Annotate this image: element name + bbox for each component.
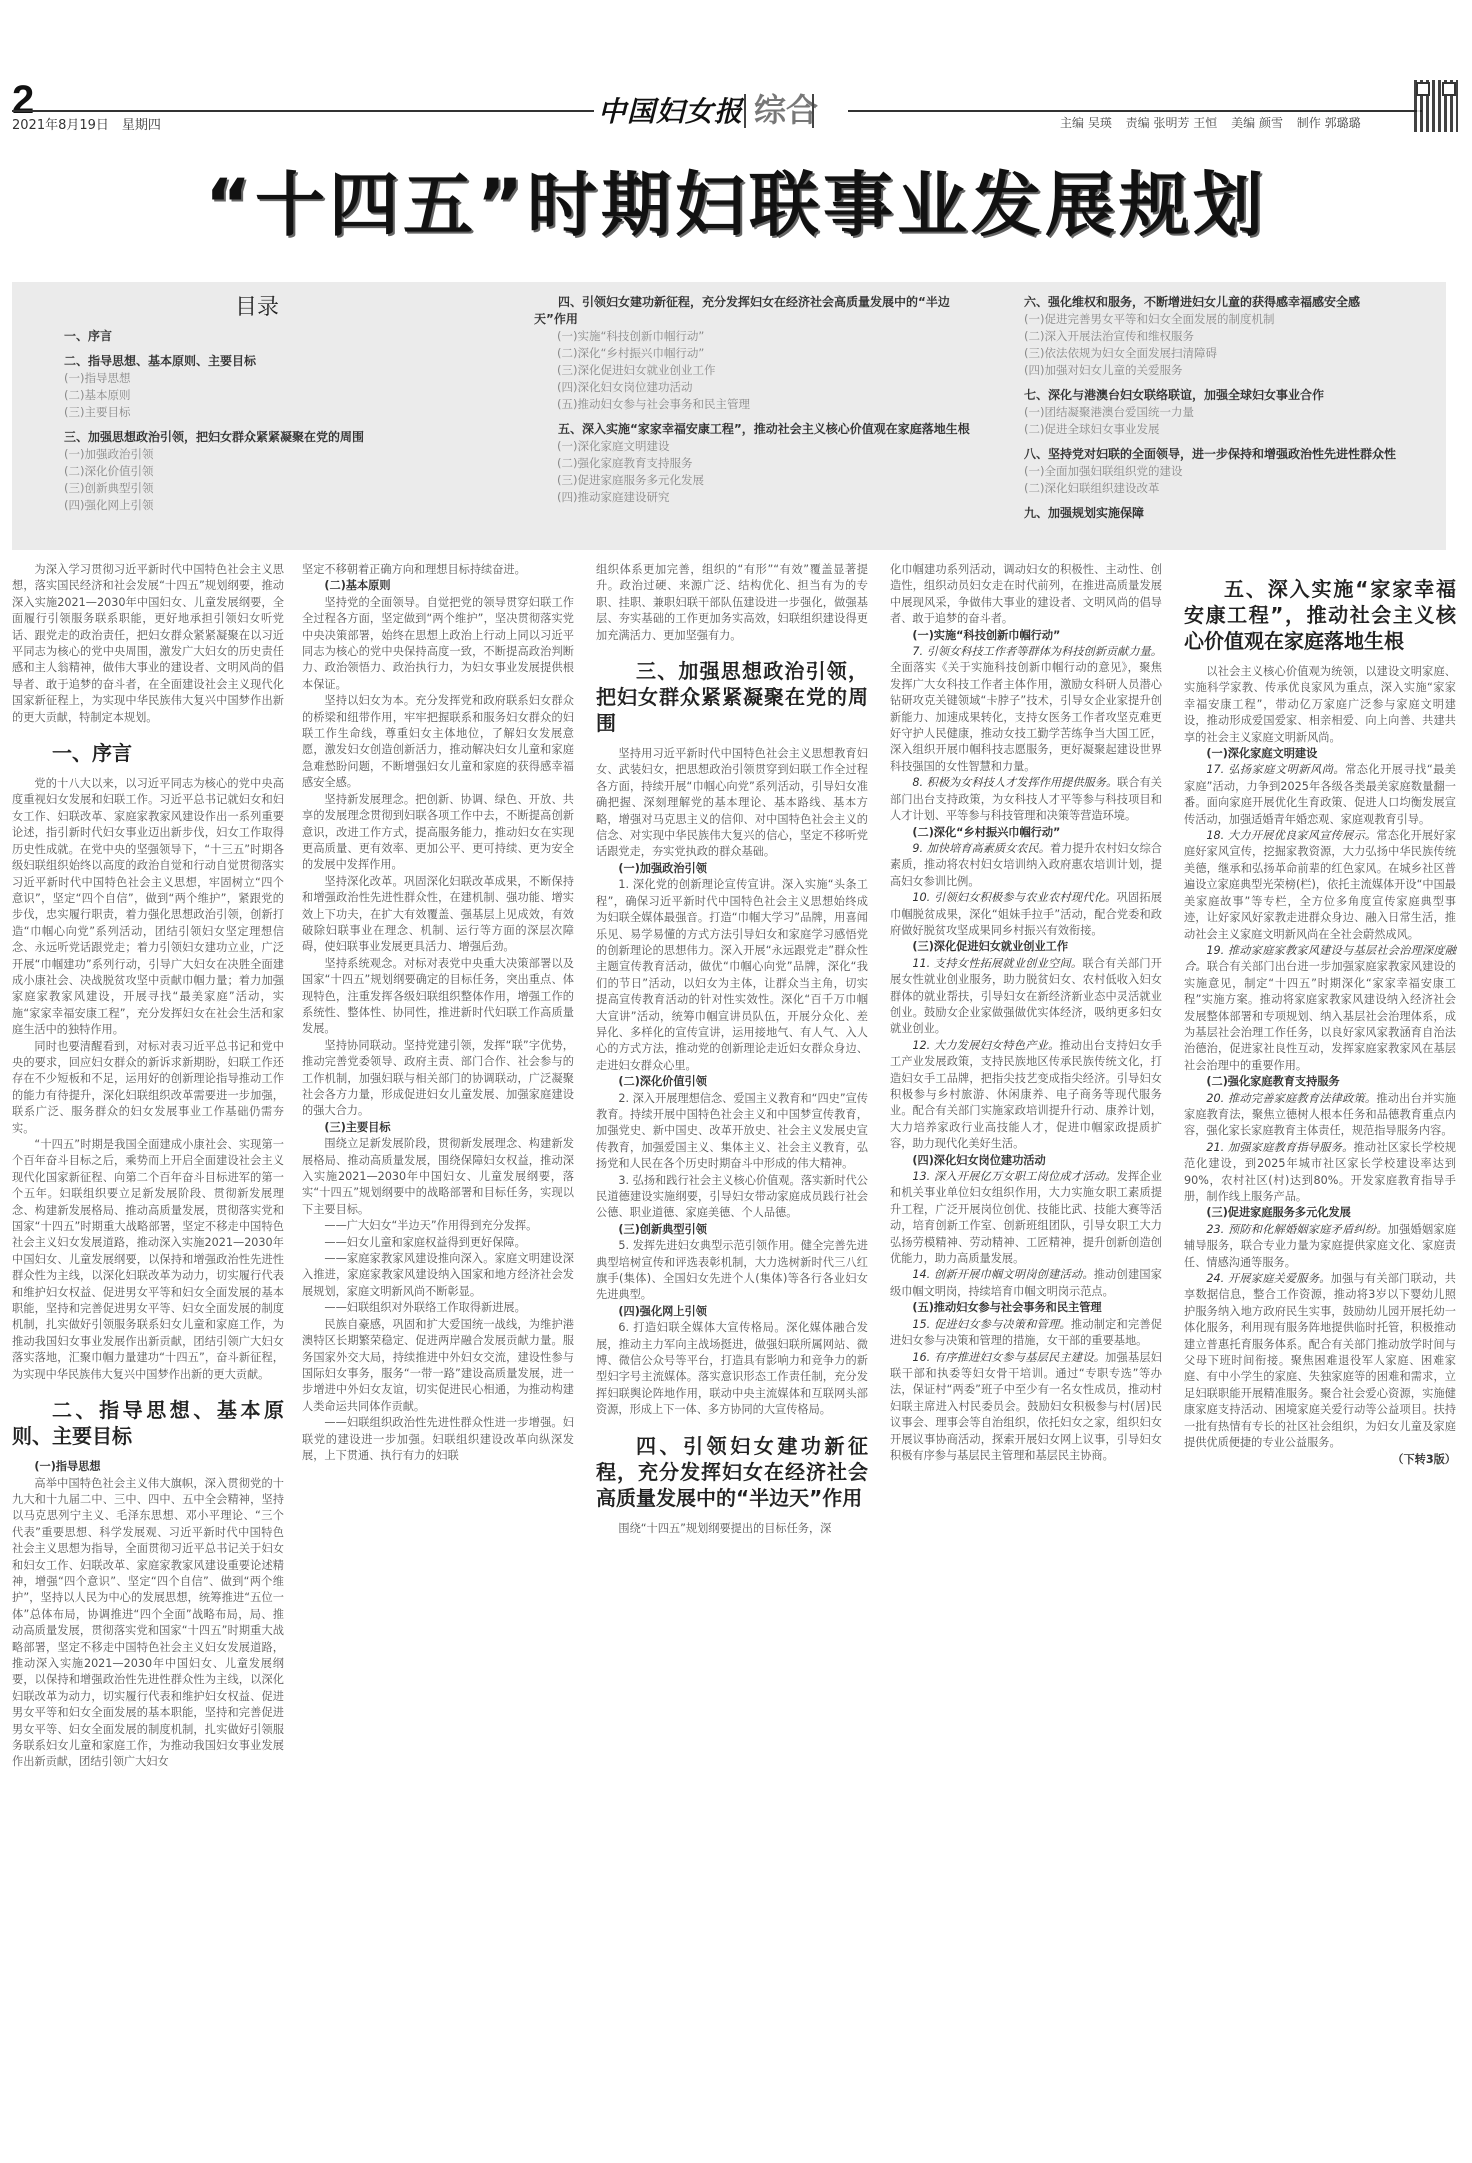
paragraph-lead: 17. 弘扬家庭文明新风尚。 xyxy=(1206,763,1345,776)
toc-column-1: 一、序言二、指导思想、基本原则、主要目标(一)指导思想(二)基本原则(三)主要目… xyxy=(64,328,464,514)
paragraph-lead: 7. 引领女科技工作者等群体为科技创新贡献力量。 xyxy=(912,645,1162,658)
article-column-1: 为深入学习贯彻习近平新时代中国特色社会主义思想，落实国民经济和社会发展“十四五”… xyxy=(12,562,284,1771)
body-paragraph: 坚持以妇女为本。充分发挥党和政府联系妇女群众的桥梁和纽带作用，牢牢把握联系和服务… xyxy=(302,693,574,791)
toc-item: (四)强化网上引领 xyxy=(64,497,464,514)
body-paragraph: 以社会主义核心价值观为统领，以建设文明家庭、实施科学家教、传承优良家风为重点，深… xyxy=(1184,664,1456,746)
toc-item: (二)深化妇联组织建设改革 xyxy=(1024,480,1424,497)
numbered-paragraph: 11. 支持女性拓展就业创业空间。联合有关部门开展女性就业创业服务，助力脱贫妇女… xyxy=(890,956,1162,1038)
toc-item: (三)促进家庭服务多元化发展 xyxy=(534,472,974,489)
numbered-paragraph: 24. 开展家庭关爱服务。加强与有关部门联动，共享数据信息，整合工作资源，推动将… xyxy=(1184,1271,1456,1451)
credit-editor: 责编 张明芳 王恒 xyxy=(1126,116,1218,130)
toc-item: (二)深化价值引领 xyxy=(64,463,464,480)
toc-item: (一)加强政治引领 xyxy=(64,446,464,463)
numbered-paragraph: 17. 弘扬家庭文明新风尚。常态化开展寻找“最美家庭”活动，力争到2025年各级… xyxy=(1184,762,1456,828)
toc-item: (三)深化促进妇女就业创业工作 xyxy=(534,362,974,379)
subsection-heading: (一)深化家庭文明建设 xyxy=(1184,746,1456,762)
paragraph-lead: 8. 积极为女科技人才发挥作用提供服务。 xyxy=(912,776,1117,789)
article-column-3: 组织体系更加完善，组织的“有形”“有效”覆盖显著提升。政治过硬、来源广泛、结构优… xyxy=(596,562,868,1537)
body-paragraph: 6. 打造妇联全媒体大宣传格局。深化媒体融合发展，推动主力军向主战场挺进，做强妇… xyxy=(596,1320,868,1418)
paragraph-lead: 21. 加强家庭教育指导服务。 xyxy=(1206,1141,1353,1154)
numbered-paragraph: 19. 推动家庭家教家风建设与基层社会治理深度融合。联合有关部门出台进一步加强家… xyxy=(1184,943,1456,1074)
credit-art-editor: 美编 颜雪 xyxy=(1231,116,1283,130)
toc-heading: 五、深入实施“家家幸福安康工程”，推动社会主义核心价值观在家庭落地生根 xyxy=(534,421,974,438)
section-heading: 一、序言 xyxy=(12,740,284,766)
numbered-paragraph: 13. 深入开展亿万女职工岗位成才活动。发挥企业和机关事业单位妇女组织作用，大力… xyxy=(890,1169,1162,1267)
subsection-heading: (一)指导思想 xyxy=(12,1459,284,1475)
masthead-rule-right xyxy=(848,110,1422,112)
body-paragraph: 高举中国特色社会主义伟大旗帜，深入贯彻党的十九大和十九届二中、三中、四中、五中全… xyxy=(12,1476,284,1771)
toc-item: (二)促进全球妇女事业发展 xyxy=(1024,421,1424,438)
paragraph-lead: 10. 引领妇女积极参与农业农村现代化。 xyxy=(912,891,1116,904)
credit-producer: 制作 郭璐璐 xyxy=(1297,116,1361,130)
masthead-rule-left xyxy=(12,110,594,112)
subsection-heading: (一)实施“科技创新巾帼行动” xyxy=(890,628,1162,644)
toc-item: (一)团结凝聚港澳台爱国统一力量 xyxy=(1024,404,1424,421)
body-paragraph: 2. 深入开展理想信念、爱国主义教育和“四史”宣传教育。持续开展中国特色社会主义… xyxy=(596,1091,868,1173)
toc-item: (一)深化家庭文明建设 xyxy=(534,438,974,455)
body-paragraph: 坚持协同联动。坚持党建引领，发挥“联”字优势，推动完善党委领导、政府主责、部门合… xyxy=(302,1038,574,1120)
credit-chief-editor: 主编 吴瑛 xyxy=(1060,116,1112,130)
paragraph-lead: 12. 大力发展妇女特色产业。 xyxy=(912,1039,1059,1052)
numbered-paragraph: 16. 有序推进妇女参与基层民主建设。加强基层妇联干部和执委等妇女骨干培训。通过… xyxy=(890,1350,1162,1465)
body-paragraph: ——广大妇女“半边天”作用得到充分发挥。 xyxy=(302,1218,574,1234)
article-column-5: 五、深入实施“家家幸福安康工程”，推动社会主义核心价值观在家庭落地生根以社会主义… xyxy=(1184,562,1456,1468)
section-label: 综合 xyxy=(754,92,818,128)
subsection-heading: (三)深化促进妇女就业创业工作 xyxy=(890,939,1162,955)
qr-code-icon xyxy=(1414,80,1458,132)
body-paragraph: 5. 发挥先进妇女典型示范引领作用。健全完善先进典型培树宣传和评选表彰机制，大力… xyxy=(596,1238,868,1304)
paragraph-lead: 23. 预防和化解婚姻家庭矛盾纠纷。 xyxy=(1206,1223,1387,1236)
paragraph-lead: 14. 创新开展巾帼文明岗创建活动。 xyxy=(912,1268,1093,1281)
section-heading: 五、深入实施“家家幸福安康工程”，推动社会主义核心价值观在家庭落地生根 xyxy=(1184,576,1456,654)
toc-item: (二)基本原则 xyxy=(64,387,464,404)
toc-heading: 二、指导思想、基本原则、主要目标 xyxy=(64,353,464,370)
toc-heading: 八、坚持党对妇联的全面领导，进一步保持和增强政治性先进性群众性 xyxy=(1024,446,1424,463)
body-paragraph: 1. 深化党的创新理论宣传宣讲。深入实施“头条工程”，确保习近平新时代中国特色社… xyxy=(596,877,868,1074)
toc-item: (二)深化“乡村振兴巾帼行动” xyxy=(534,345,974,362)
numbered-paragraph: 9. 加快培育高素质女农民。着力提升农村妇女综合素质，推动将农村妇女培训纳入政府… xyxy=(890,841,1162,890)
body-paragraph: 党的十八大以来，以习近平同志为核心的党中央高度重视妇女发展和妇联工作。习近平总书… xyxy=(12,776,284,1039)
paragraph-lead: 11. 支持女性拓展就业创业空间。 xyxy=(912,957,1082,970)
subsection-heading: (四)强化网上引领 xyxy=(596,1304,868,1320)
section-heading: 二、指导思想、基本原则、主要目标 xyxy=(12,1397,284,1449)
newspaper-logo: 中国妇女报 xyxy=(598,90,743,130)
masthead: 2 2021年8月19日 星期四 中国妇女报 综合 主编 吴瑛 责编 张明芳 王… xyxy=(0,0,1472,140)
subsection-heading: (二)强化家庭教育支持服务 xyxy=(1184,1074,1456,1090)
numbered-paragraph: 14. 创新开展巾帼文明岗创建活动。推动创建国家级巾帼文明岗，持续培育巾帼文明岗… xyxy=(890,1267,1162,1300)
paragraph-lead: 24. 开展家庭关爱服务。 xyxy=(1206,1272,1330,1285)
toc-heading: 三、加强思想政治引领，把妇女群众紧紧凝聚在党的周围 xyxy=(64,429,464,446)
toc-item: (五)推动妇女参与社会事务和民主管理 xyxy=(534,396,974,413)
toc-heading: 一、序言 xyxy=(64,328,464,345)
toc-item: (二)深入开展法治宣传和维权服务 xyxy=(1024,328,1424,345)
table-of-contents: 目录 一、序言二、指导思想、基本原则、主要目标(一)指导思想(二)基本原则(三)… xyxy=(12,282,1446,550)
subsection-heading: (五)推动妇女参与社会事务和民主管理 xyxy=(890,1300,1162,1316)
section-heading: 三、加强思想政治引领，把妇女群众紧紧凝聚在党的周围 xyxy=(596,658,868,736)
toc-item: (一)指导思想 xyxy=(64,370,464,387)
body-paragraph: 围绕“十四五”规划纲要提出的目标任务，深 xyxy=(596,1521,868,1537)
subsection-heading: (三)创新典型引领 xyxy=(596,1222,868,1238)
toc-item: (三)创新典型引领 xyxy=(64,480,464,497)
toc-item: (一)全面加强妇联组织党的建设 xyxy=(1024,463,1424,480)
toc-column-3: 六、强化维权和服务，不断增进妇女儿童的获得感幸福感安全感(一)促进完善男女平等和… xyxy=(1024,294,1424,522)
continued-note: （下转3版） xyxy=(1184,1452,1456,1468)
subsection-heading: (一)加强政治引领 xyxy=(596,861,868,877)
toc-item: (三)依法依规为妇女全面发展扫清障碍 xyxy=(1024,345,1424,362)
toc-heading: 六、强化维权和服务，不断增进妇女儿童的获得感幸福感安全感 xyxy=(1024,294,1424,311)
toc-item: (三)主要目标 xyxy=(64,404,464,421)
numbered-paragraph: 21. 加强家庭教育指导服务。推动社区家长学校规范化建设，到2025年城市社区家… xyxy=(1184,1140,1456,1206)
page-headline: “十四五”时期妇联事业发展规划 xyxy=(0,150,1472,260)
body-paragraph: 民族自豪感，巩固和扩大爱国统一战线，为维护港澳特区长期繁荣稳定、促进两岸融合发展… xyxy=(302,1317,574,1415)
section-heading: 四、引领妇女建功新征程，充分发挥妇女在经济社会高质量发展中的“半边天”作用 xyxy=(596,1433,868,1511)
body-paragraph: 坚定不移朝着正确方向和理想目标持续奋进。 xyxy=(302,562,574,578)
editor-credits: 主编 吴瑛 责编 张明芳 王恒 美编 颜雪 制作 郭璐璐 xyxy=(1060,114,1371,131)
numbered-paragraph: 10. 引领妇女积极参与农业农村现代化。巩固拓展巾帼脱贫成果，深化“姐妹手拉手”… xyxy=(890,890,1162,939)
toc-heading: 四、引领妇女建功新征程，充分发挥妇女在经济社会高质量发展中的“半边天”作用 xyxy=(534,294,974,328)
body-paragraph: 坚持深化改革。巩固深化妇联改革成果，不断保持和增强政治性先进性群众性，在建机制、… xyxy=(302,874,574,956)
toc-item: (四)加强对妇女儿童的关爱服务 xyxy=(1024,362,1424,379)
body-paragraph: 坚持党的全面领导。自觉把党的领导贯穿妇联工作全过程各方面，坚定做到“两个维护”，… xyxy=(302,595,574,693)
body-paragraph: “十四五”时期是我国全面建成小康社会、实现第一个百年奋斗目标之后，乘势而上开启全… xyxy=(12,1137,284,1383)
paragraph-lead: 13. 深入开展亿万女职工岗位成才活动。 xyxy=(912,1170,1116,1183)
paragraph-lead: 20. 推动完善家庭教育法律政策。 xyxy=(1206,1092,1376,1105)
body-paragraph: ——妇联组织政治性先进性群众性进一步增强。妇联党的建设进一步加强。妇联组织建设改… xyxy=(302,1415,574,1464)
subsection-heading: (四)深化妇女岗位建功活动 xyxy=(890,1153,1162,1169)
paragraph-lead: 16. 有序推进妇女参与基层民主建设。 xyxy=(912,1351,1105,1364)
body-paragraph: 坚持用习近平新时代中国特色社会主义思想教育妇女、武装妇女，把思想政治引领贯穿到妇… xyxy=(596,746,868,861)
body-paragraph: 组织体系更加完善，组织的“有形”“有效”覆盖显著提升。政治过硬、来源广泛、结构优… xyxy=(596,562,868,644)
paragraph-lead: 18. 大力开展优良家风宣传展示。 xyxy=(1206,829,1376,842)
toc-column-2: 四、引领妇女建功新征程，充分发挥妇女在经济社会高质量发展中的“半边天”作用 (一… xyxy=(534,294,974,506)
article-column-2: 坚定不移朝着正确方向和理想目标持续奋进。(二)基本原则坚持党的全面领导。自觉把党… xyxy=(302,562,574,1464)
body-paragraph: ——家庭家教家风建设推向深入。家庭文明建设深入推进，家庭家教家风建设纳入国家和地… xyxy=(302,1251,574,1300)
toc-heading: 九、加强规划实施保障 xyxy=(1024,505,1424,522)
numbered-paragraph: 7. 引领女科技工作者等群体为科技创新贡献力量。全面落实《关于实施科技创新巾帼行… xyxy=(890,644,1162,775)
subsection-heading: (二)深化价值引领 xyxy=(596,1074,868,1090)
subsection-heading: (二)基本原则 xyxy=(302,578,574,594)
body-paragraph: ——妇女儿童和家庭权益得到更好保障。 xyxy=(302,1235,574,1251)
toc-item: (四)深化妇女岗位建功活动 xyxy=(534,379,974,396)
paragraph-lead: 15. 促进妇女参与决策和管理。 xyxy=(912,1318,1071,1331)
body-paragraph: 围绕立足新发展阶段，贯彻新发展理念、构建新发展格局、推动高质量发展，围绕保障妇女… xyxy=(302,1136,574,1218)
paragraph-lead: 9. 加快培育高素质女农民。 xyxy=(912,842,1050,855)
toc-item: (一)促进完善男女平等和妇女全面发展的制度机制 xyxy=(1024,311,1424,328)
toc-item: (四)推动家庭建设研究 xyxy=(534,489,974,506)
subsection-heading: (三)主要目标 xyxy=(302,1120,574,1136)
toc-item: (一)实施“科技创新巾帼行动” xyxy=(534,328,974,345)
body-paragraph: ——妇联组织对外联络工作取得新进展。 xyxy=(302,1300,574,1316)
body-paragraph: 坚持系统观念。对标对表党中央重大决策部署以及国家“十四五”规划纲要确定的目标任务… xyxy=(302,956,574,1038)
subsection-heading: (三)促进家庭服务多元化发展 xyxy=(1184,1205,1456,1221)
numbered-paragraph: 8. 积极为女科技人才发挥作用提供服务。联合有关部门出台支持政策，为女科技人才平… xyxy=(890,775,1162,824)
body-paragraph: 同时也要清醒看到，对标对表习近平总书记和党中央的要求，回应妇女群众的新诉求新期盼… xyxy=(12,1039,284,1137)
article-column-4: 化巾帼建功系列活动，调动妇女的积极性、主动性、创造性，组织动员妇女走在时代前列，… xyxy=(890,562,1162,1464)
paragraph-lead: 19. 推动家庭家教家风建设与基层社会治理深度融合。 xyxy=(1184,944,1456,973)
toc-title: 目录 xyxy=(12,290,502,321)
toc-heading: 七、深化与港澳台妇女联络联谊，加强全球妇女事业合作 xyxy=(1024,387,1424,404)
numbered-paragraph: 23. 预防和化解婚姻家庭矛盾纠纷。加强婚姻家庭辅导服务，联合专业力量为家庭提供… xyxy=(1184,1222,1456,1271)
body-paragraph: 坚持新发展理念。把创新、协调、绿色、开放、共享的发展理念贯彻到妇联各项工作中去，… xyxy=(302,792,574,874)
body-paragraph: 化巾帼建功系列活动，调动妇女的积极性、主动性、创造性，组织动员妇女走在时代前列，… xyxy=(890,562,1162,628)
issue-date: 2021年8月19日 星期四 xyxy=(12,114,161,133)
body-paragraph: 为深入学习贯彻习近平新时代中国特色社会主义思想，落实国民经济和社会发展“十四五”… xyxy=(12,562,284,726)
toc-item: (二)强化家庭教育支持服务 xyxy=(534,455,974,472)
numbered-paragraph: 12. 大力发展妇女特色产业。推动出台支持妇女手工产业发展政策，支持民族地区传承… xyxy=(890,1038,1162,1153)
divider xyxy=(744,94,746,128)
divider xyxy=(812,94,814,128)
numbered-paragraph: 18. 大力开展优良家风宣传展示。常态化开展好家庭好家风宣传，挖掘家教资源，大力… xyxy=(1184,828,1456,943)
numbered-paragraph: 15. 促进妇女参与决策和管理。推动制定和完善促进妇女参与决策和管理的措施，女干… xyxy=(890,1317,1162,1350)
numbered-paragraph: 20. 推动完善家庭教育法律政策。推动出台并实施家庭教育法，聚焦立德树人根本任务… xyxy=(1184,1091,1456,1140)
body-paragraph: 3. 弘扬和践行社会主义核心价值观。落实新时代公民道德建设实施纲要，引导妇女带动… xyxy=(596,1173,868,1222)
subsection-heading: (二)深化“乡村振兴巾帼行动” xyxy=(890,825,1162,841)
